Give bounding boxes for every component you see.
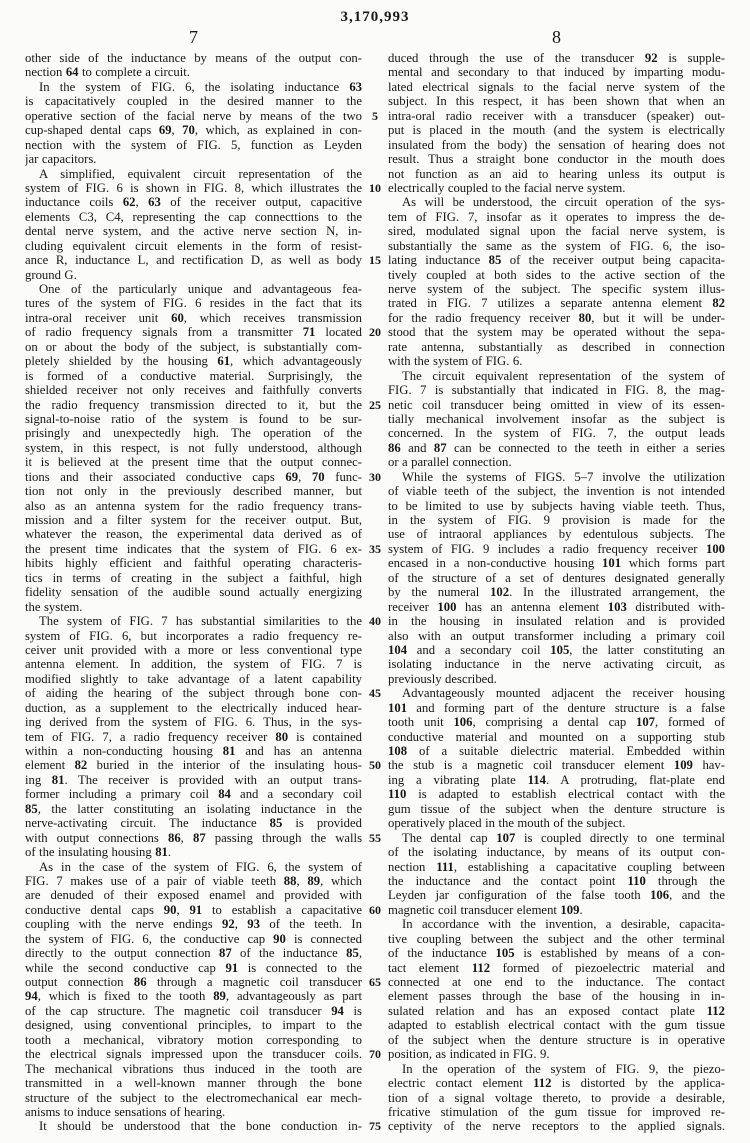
line-number (362, 961, 388, 975)
text-line: The mechanical vibrations thus induced i… (25, 1062, 362, 1076)
text-line: mental and secondary to that induced by … (388, 65, 725, 79)
line-number (362, 383, 388, 397)
text-line: also as an antenna system for the radio … (25, 499, 362, 513)
text-line: jar capacitors. (25, 152, 362, 166)
text-line: directly to the output connection 87 of … (25, 946, 362, 960)
text-line: nerve system of the subject. The specifi… (388, 282, 725, 296)
line-number (362, 571, 388, 585)
line-number (362, 816, 388, 830)
line-number (362, 773, 388, 787)
text-line: lated electrical signals to the facial n… (388, 80, 725, 94)
text-line: ing 81. The receiver is provided with an… (25, 773, 362, 787)
text-line: is capacitatively coupled in the desired… (25, 94, 362, 108)
line-number (362, 629, 388, 643)
text-line: while the second conductive cap 91 is co… (25, 961, 362, 975)
line-number (362, 311, 388, 325)
text-line: The circuit equivalent representation of… (388, 369, 725, 383)
line-number (362, 224, 388, 238)
line-number: 35 (362, 542, 388, 556)
text-line: or a parallel connection. (388, 455, 725, 469)
text-line: operative section of the facial nerve by… (25, 109, 362, 123)
text-line: 104 and a secondary coil 105, the latter… (388, 643, 725, 657)
text-line: the system. (25, 600, 362, 614)
column-number-left: 7 (25, 27, 362, 48)
text-line: concerned. In the system of FIG. 7, the … (388, 426, 725, 440)
text-line: tion of a signal voltage thereto, to pro… (388, 1091, 725, 1105)
text-line: of the inductance 105 is established by … (388, 946, 725, 960)
text-line: antenna element. In addition, the system… (25, 657, 362, 671)
text-line: ance R, inductance L, and rectification … (25, 253, 362, 267)
text-line: of the insulating housing 81. (25, 845, 362, 859)
text-line: tooth unit 106, comprising a dental cap … (388, 715, 725, 729)
line-number (362, 513, 388, 527)
text-line: element passes through the base of the h… (388, 989, 725, 1003)
text-line: sulated relation and has an exposed cont… (388, 1004, 725, 1018)
text-line: the present time indicates that the syst… (25, 542, 362, 556)
text-line: structure of the subject to the electrom… (25, 1091, 362, 1105)
line-number: 15 (362, 253, 388, 267)
text-line: the stub is a magnetic coil transducer e… (388, 758, 725, 772)
text-line: former including a primary coil 84 and a… (25, 787, 362, 801)
text-line: signal-to-noise ratio of the system is f… (25, 412, 362, 426)
text-line: previously described. (388, 672, 725, 686)
text-line: output connection 86 through a magnetic … (25, 975, 362, 989)
text-line: cluding equivalent circuit elements in t… (25, 239, 362, 253)
line-number (362, 701, 388, 715)
line-number (362, 946, 388, 960)
text-line: mission and a filter system for the rece… (25, 513, 362, 527)
line-number (362, 715, 388, 729)
line-number: 25 (362, 398, 388, 412)
text-line: whatever the reason, the experimental da… (25, 527, 362, 541)
text-line: 86 and 87 can be connected to the teeth … (388, 441, 725, 455)
text-line: 94, which is fixed to the tooth 89, adva… (25, 989, 362, 1003)
line-number: 70 (362, 1047, 388, 1061)
text-line: tooth a mechanical, vibratory motion cor… (25, 1033, 362, 1047)
text-line: FIG. 7 makes use of a pair of viable tee… (25, 874, 362, 888)
text-line: intra-oral receiver unit 60, which recei… (25, 311, 362, 325)
text-line: nection with the system of FIG. 5, funct… (25, 138, 362, 152)
line-number (362, 268, 388, 282)
line-number-gutter: 5 10 15 20 25 30 35 40 45 50 55 60 65 70… (362, 51, 388, 1134)
text-line: nerve-activating circuit. The inductance… (25, 816, 362, 830)
text-line: put is placed in the mouth (and the syst… (388, 123, 725, 137)
text-line: sired, modulated signal upon the facial … (388, 224, 725, 238)
text-line: modified slightly to take advantage of a… (25, 672, 362, 686)
line-number (362, 455, 388, 469)
text-line: netic coil transducer being omitted in v… (388, 398, 725, 412)
line-number (362, 239, 388, 253)
line-number (362, 167, 388, 181)
text-line: Advantageously mounted adjacent the rece… (388, 686, 725, 700)
text-line: substantially the same as the system of … (388, 239, 725, 253)
line-number (362, 989, 388, 1003)
text-line: system of FIG. 9 includes a radio freque… (388, 542, 725, 556)
line-number (362, 730, 388, 744)
text-line: trated in FIG. 7 utilizes a separate ant… (388, 296, 725, 310)
text-line: 110 is adapted to establish electrical c… (388, 787, 725, 801)
line-number (362, 138, 388, 152)
text-line: of the structure of a set of dentures de… (388, 571, 725, 585)
line-number: 20 (362, 325, 388, 339)
text-line: intra-oral radio receiver with a transdu… (388, 109, 725, 123)
text-line: receiver 100 has an antenna element 103 … (388, 600, 725, 614)
line-number (362, 152, 388, 166)
text-line: inductance coils 62, 63 of the receiver … (25, 195, 362, 209)
text-line: of the cap structure. The magnetic coil … (25, 1004, 362, 1018)
text-line: encased in a non-conductive housing 101 … (388, 556, 725, 570)
text-line: designed, using conventional principles,… (25, 1018, 362, 1032)
text-line: subject. In this respect, it has been sh… (388, 94, 725, 108)
text-line: adapted to establish electrical contact … (388, 1018, 725, 1032)
line-number: 60 (362, 903, 388, 917)
text-line: for the radio frequency receiver 80, but… (388, 311, 725, 325)
line-number (362, 80, 388, 94)
line-number (362, 210, 388, 224)
text-line: not function as an aid to hearing unless… (388, 167, 725, 181)
text-line: isolating inductance in the nerve activa… (388, 657, 725, 671)
text-line: ceiver unit provided with a more or less… (25, 643, 362, 657)
text-line: nection 111, establishing a capacitative… (388, 860, 725, 874)
text-line: it is believed at the present time that … (25, 455, 362, 469)
line-number (362, 340, 388, 354)
line-number: 40 (362, 614, 388, 628)
text-line: of viable teeth of the subject, the inve… (388, 484, 725, 498)
line-number (362, 585, 388, 599)
line-number (362, 65, 388, 79)
line-number (362, 412, 388, 426)
line-number (362, 556, 388, 570)
text-line: operatively placed in the mouth of the s… (388, 816, 725, 830)
text-line: tive coupling between the subject and th… (388, 932, 725, 946)
line-number (362, 802, 388, 816)
text-line: duced through the use of the transducer … (388, 51, 725, 65)
text-line: fidelity sensation of the audible sound … (25, 585, 362, 599)
text-line: are denuded of their exposed enamel and … (25, 888, 362, 902)
text-line: stood that the system may be operated wi… (388, 325, 725, 339)
text-line: transmitted in a well-known manner throu… (25, 1076, 362, 1090)
line-number (362, 296, 388, 310)
line-number (362, 484, 388, 498)
line-number (362, 1033, 388, 1047)
text-line: tion not only in the previously describe… (25, 484, 362, 498)
line-number (362, 744, 388, 758)
text-line: of radio frequency signals from a transm… (25, 325, 362, 339)
line-number (362, 845, 388, 859)
text-line: One of the particularly unique and advan… (25, 282, 362, 296)
text-line: of the isolating inductance, by means of… (388, 845, 725, 859)
line-number: 5 (362, 109, 388, 123)
text-line: 101 and forming part of the denture stru… (388, 701, 725, 715)
text-line: As in the case of the system of FIG. 6, … (25, 860, 362, 874)
text-line: In the operation of the system of FIG. 9… (388, 1062, 725, 1076)
text-line: by the numeral 102. In the illustrated a… (388, 585, 725, 599)
page-body: other side of the inductance by means of… (25, 51, 725, 1134)
patent-number: 3,170,993 (0, 9, 750, 26)
text-line: While the systems of FIGS. 5–7 involve t… (388, 470, 725, 484)
text-line: lating inductance 85 of the receiver out… (388, 253, 725, 267)
text-line: on or about the body of the subject, is … (25, 340, 362, 354)
line-number (362, 1105, 388, 1119)
text-line: cup-shaped dental caps 69, 70, which, as… (25, 123, 362, 137)
text-line: elements C3, C4, representing the cap co… (25, 210, 362, 224)
line-number (362, 672, 388, 686)
text-line: fricative stimulation of the gum tissue … (388, 1105, 725, 1119)
line-number (362, 1091, 388, 1105)
text-line: tem of FIG. 7, insofar as it operates to… (388, 210, 725, 224)
line-number (362, 917, 388, 931)
line-number (362, 932, 388, 946)
line-number: 55 (362, 831, 388, 845)
text-line: with output connections 86, 87 passing t… (25, 831, 362, 845)
line-number (362, 94, 388, 108)
text-line: The system of FIG. 7 has substantial sim… (25, 614, 362, 628)
text-column-left: other side of the inductance by means of… (25, 51, 362, 1134)
line-number (362, 1062, 388, 1076)
line-number: 65 (362, 975, 388, 989)
text-line: tics in terms of creating in the subject… (25, 571, 362, 585)
line-number (362, 1076, 388, 1090)
line-number (362, 657, 388, 671)
text-line: tially mechanical involvement insofar as… (388, 412, 725, 426)
text-line: gum tissue of the subject when the dentu… (388, 802, 725, 816)
text-line: duction, as a supplement to the electric… (25, 701, 362, 715)
text-line: conductive material and mounted on a sup… (388, 730, 725, 744)
line-number (362, 51, 388, 65)
line-number (362, 888, 388, 902)
text-line: tures of the system of FIG. 6 resides in… (25, 296, 362, 310)
text-line: tions and their associated conductive ca… (25, 470, 362, 484)
patent-page: 3,170,993 7 8 other side of the inductan… (0, 0, 750, 1143)
text-line: It should be understood that the bone co… (25, 1119, 362, 1133)
text-line: dental nerve system, and the active nerv… (25, 224, 362, 238)
text-line: system of FIG. 6 is shown in FIG. 8, whi… (25, 181, 362, 195)
text-line: tact element 112 formed of piezoelectric… (388, 961, 725, 975)
line-number (362, 1004, 388, 1018)
line-number (362, 1018, 388, 1032)
text-line: In the system of FIG. 6, the isolating i… (25, 80, 362, 94)
text-line: Leyden jar configuration of the false to… (388, 888, 725, 902)
line-number (362, 123, 388, 137)
text-line: electric contact element 112 is distorte… (388, 1076, 725, 1090)
line-number: 45 (362, 686, 388, 700)
text-line: the system of FIG. 6, the conductive cap… (25, 932, 362, 946)
line-number (362, 441, 388, 455)
text-line: anisms to induce sensations of hearing. (25, 1105, 362, 1119)
line-number (362, 499, 388, 513)
text-line: ceptivity of the nerve receptors to the … (388, 1119, 725, 1133)
text-line: system, in this respect, is not fully un… (25, 441, 362, 455)
text-line: ing derived from the system of FIG. 6. T… (25, 715, 362, 729)
text-line: with the system of FIG. 6. (388, 354, 725, 368)
text-line: ing a vibrating plate 114. A protruding,… (388, 773, 725, 787)
text-line: insulated from the body) the sensation o… (388, 138, 725, 152)
text-line: of the subject when the denture structur… (388, 1033, 725, 1047)
text-line: connected at one end to the inductance. … (388, 975, 725, 989)
text-line: prisingly and unexpectedly high. The ope… (25, 426, 362, 440)
line-number (362, 369, 388, 383)
text-column-right: duced through the use of the transducer … (388, 51, 725, 1134)
text-line: element 82 buried in the interior of the… (25, 758, 362, 772)
text-line: use of intraoral appliances by edentulou… (388, 527, 725, 541)
text-line: tively coupled at both sides to the acti… (388, 268, 725, 282)
text-line: nection 64 to complete a circuit. (25, 65, 362, 79)
text-line: within a non-conducting housing 81 and h… (25, 744, 362, 758)
line-number (362, 426, 388, 440)
text-line: position, as indicated in FIG. 9. (388, 1047, 725, 1061)
text-line: electrically coupled to the facial nerve… (388, 181, 725, 195)
text-line: shielded receiver not only receives and … (25, 383, 362, 397)
text-line: other side of the inductance by means of… (25, 51, 362, 65)
text-line: coupling with the nerve endings 92, 93 o… (25, 917, 362, 931)
line-number: 50 (362, 758, 388, 772)
text-line: rate antenna, substantially as described… (388, 340, 725, 354)
line-number: 30 (362, 470, 388, 484)
text-line: is formed of a conductive material. Surp… (25, 369, 362, 383)
text-line: tem of FIG. 7, a radio frequency receive… (25, 730, 362, 744)
text-line: 108 of a suitable dielectric material. E… (388, 744, 725, 758)
text-line: of aiding the hearing of the subject thr… (25, 686, 362, 700)
text-line: in the system of FIG. 9 provision is mad… (388, 513, 725, 527)
line-number: 10 (362, 181, 388, 195)
text-line: the inductance and the contact point 110… (388, 874, 725, 888)
line-number (362, 282, 388, 296)
text-line: The dental cap 107 is coupled directly t… (388, 831, 725, 845)
text-line: pletely shielded by the housing 61, whic… (25, 354, 362, 368)
text-line: ground G. (25, 268, 362, 282)
text-line: FIG. 7 is substantially that indicated i… (388, 383, 725, 397)
line-number (362, 643, 388, 657)
line-number (362, 860, 388, 874)
text-line: to be limited to use by subjects having … (388, 499, 725, 513)
line-number (362, 354, 388, 368)
text-line: magnetic coil transducer element 109. (388, 903, 725, 917)
text-line: conductive dental caps 90, 91 to establi… (25, 903, 362, 917)
text-line: system of FIG. 6, but incorporates a rad… (25, 629, 362, 643)
text-line: A simplified, equivalent circuit represe… (25, 167, 362, 181)
column-number-right: 8 (388, 27, 725, 48)
line-number (362, 195, 388, 209)
line-number (362, 874, 388, 888)
line-number (362, 600, 388, 614)
line-number (362, 787, 388, 801)
line-number: 75 (362, 1119, 388, 1133)
text-line: in the housing in insulated relation and… (388, 614, 725, 628)
text-line: result. Thus a straight bone conductor i… (388, 152, 725, 166)
text-line: As will be understood, the circuit opera… (388, 195, 725, 209)
text-line: also with an output transformer includin… (388, 629, 725, 643)
text-line: the radio frequency transmission directe… (25, 398, 362, 412)
text-line: hibits highly efficient and faithful ope… (25, 556, 362, 570)
text-line: 85, the latter constituting an isolating… (25, 802, 362, 816)
text-line: the electrical signals impressed upon th… (25, 1047, 362, 1061)
text-line: In accordance with the invention, a desi… (388, 917, 725, 931)
line-number (362, 527, 388, 541)
